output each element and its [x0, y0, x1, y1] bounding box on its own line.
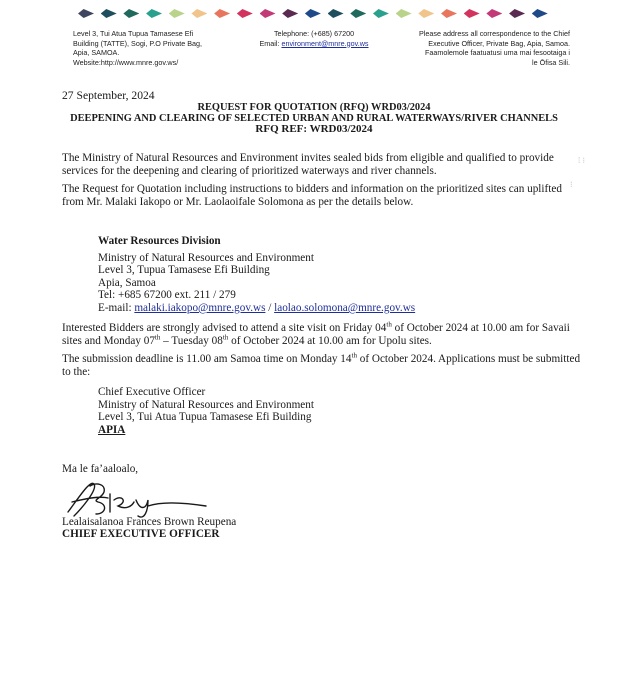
- paragraph-deadline: The submission deadline is 11.00 am Samo…: [62, 353, 582, 378]
- diamond-ornament-icon: [282, 9, 298, 18]
- diamond-ornament-icon: [441, 9, 457, 18]
- header-email-row: Email: environment@mnre.gov.ws: [244, 39, 384, 49]
- header-email-link[interactable]: environment@mnre.gov.ws: [281, 39, 368, 48]
- header-contact: Telephone: (+685) 67200 Email: environme…: [244, 29, 384, 48]
- contact-city: Apia, Samoa: [98, 277, 415, 290]
- text: – Tuesday 08: [160, 335, 222, 347]
- diamond-ornament-icon: [191, 9, 207, 18]
- contact-block: Water Resources Division Ministry of Nat…: [98, 235, 415, 315]
- correspondence-line: Please address all correspondence to the…: [404, 29, 570, 39]
- diamond-ornament-icon: [486, 9, 502, 18]
- contact-ministry: Ministry of Natural Resources and Enviro…: [98, 252, 415, 265]
- address-line: Chief Executive Officer: [98, 386, 314, 399]
- header-email-label: Email:: [259, 39, 281, 48]
- paragraph-invitation: The Ministry of Natural Resources and En…: [62, 152, 572, 177]
- scan-artifact: ⁝: [570, 180, 573, 189]
- paragraph-site-visit: Interested Bidders are strongly advised …: [62, 322, 582, 347]
- letter-date: 27 September, 2024: [62, 90, 155, 103]
- diamond-ornament-icon: [101, 9, 117, 18]
- text: The submission deadline is 11.00 am Samo…: [62, 353, 352, 365]
- signatory-title: CHIEF EXECUTIVE OFFICER: [62, 528, 219, 541]
- closing-salutation: Ma le fa’aaloalo,: [62, 463, 138, 476]
- diamond-ornament-icon: [418, 9, 434, 18]
- diamond-ornament-icon: [373, 9, 389, 18]
- correspondence-line: le Ōfisa Sili.: [404, 58, 570, 68]
- signatory-name: Lealaisalanoa Frances Brown Reupena: [62, 516, 236, 529]
- contact-building: Level 3, Tupua Tamasese Efi Building: [98, 264, 415, 277]
- text: of October 2024 at 10.00 am for Upolu si…: [228, 335, 432, 347]
- diamond-ornament-icon: [328, 9, 344, 18]
- diamond-ornament-icon: [123, 9, 139, 18]
- email-link-malaki[interactable]: malaki.iakopo@mnre.gov.ws: [134, 302, 265, 314]
- correspondence-line: Executive Officer, Private Bag, Apia, Sa…: [404, 39, 570, 49]
- diamond-ornament-icon: [260, 9, 276, 18]
- diamond-ornament-icon: [305, 9, 321, 18]
- email-link-laolao[interactable]: laolao.solomona@mnre.gov.ws: [274, 302, 415, 314]
- email-separator: /: [265, 302, 274, 314]
- scan-artifact: ⁞ ⁝: [578, 156, 585, 165]
- diamond-ornament-icon: [396, 9, 412, 18]
- header-address-line: Building (TATTE), Sogi, P.O Private Bag,: [73, 39, 233, 49]
- diamond-ornament-icon: [350, 9, 366, 18]
- title-rfq-ref: RFQ REF: WRD03/2024: [60, 124, 568, 135]
- submission-address: Chief Executive Officer Ministry of Natu…: [98, 386, 314, 436]
- signature-image: [60, 476, 210, 520]
- header-address-line: Level 3, Tui Atua Tupua Tamasese Efi: [73, 29, 233, 39]
- paragraph-uplift-info: The Request for Quotation including inst…: [62, 183, 572, 208]
- header-address: Level 3, Tui Atua Tupua Tamasese Efi Bui…: [73, 29, 233, 67]
- diamond-ornament-icon: [214, 9, 230, 18]
- diamond-ornament-icon: [237, 9, 253, 18]
- diamond-ornament-icon: [146, 9, 162, 18]
- header-correspondence-note: Please address all correspondence to the…: [404, 29, 570, 67]
- diamond-ornament-icon: [169, 9, 185, 18]
- diamond-ornament-icon: [509, 9, 525, 18]
- header-telephone: Telephone: (+685) 67200: [244, 29, 384, 39]
- letter-title-block: REQUEST FOR QUOTATION (RFQ) WRD03/2024 D…: [60, 102, 568, 136]
- header-diamond-border: [78, 9, 548, 19]
- header-address-line: Apia, SAMOA.: [73, 48, 233, 58]
- correspondence-line: Faamolemole faatuatusi uma mai fesootaig…: [404, 48, 570, 58]
- contact-tel: Tel: +685 67200 ext. 211 / 279: [98, 289, 415, 302]
- contact-email-row: E-mail: malaki.iakopo@mnre.gov.ws / laol…: [98, 302, 415, 315]
- contact-email-label: E-mail:: [98, 302, 134, 314]
- header-website[interactable]: Website:http://www.mnre.gov.ws/: [73, 58, 233, 68]
- contact-division: Water Resources Division: [98, 235, 415, 248]
- diamond-ornament-icon: [78, 9, 94, 18]
- address-line: Ministry of Natural Resources and Enviro…: [98, 399, 314, 412]
- address-line: Level 3, Tui Atua Tupua Tamasese Efi Bui…: [98, 411, 314, 424]
- title-rfq: REQUEST FOR QUOTATION (RFQ) WRD03/2024: [60, 102, 568, 113]
- address-city: APIA: [98, 424, 314, 437]
- diamond-ornament-icon: [464, 9, 480, 18]
- diamond-ornament-icon: [532, 9, 548, 18]
